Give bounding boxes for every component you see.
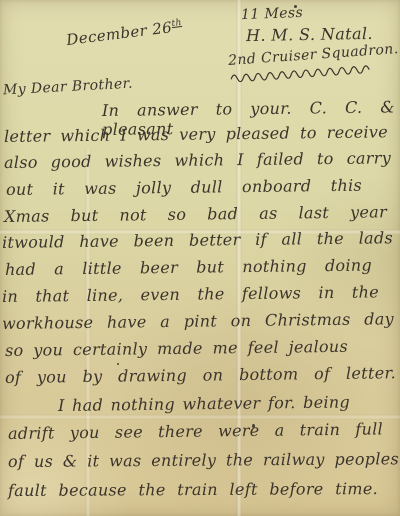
ship-name-line: H. M. S. Natal. — [246, 24, 373, 45]
mess-line: 11 Mess — [241, 5, 304, 23]
date-text: December 26 — [65, 18, 173, 49]
paper-speck — [117, 363, 119, 365]
letter-line: also good wishes which I failed to carry — [4, 148, 391, 172]
letter-line: of us & it was entirely the railway peop… — [8, 449, 399, 471]
letter-line: Xmas but not so bad as last year — [4, 202, 387, 226]
date-ordinal-suffix: th — [171, 18, 182, 29]
letter-line: out it was jolly dull onboard this — [6, 176, 362, 199]
letter-line: had a little beer but nothing doing — [5, 256, 372, 279]
salutation: My Dear Brother. — [3, 76, 134, 99]
letter-line: workhouse have a pint on Christmas day — [2, 309, 394, 333]
letter-page: December 26th 11 Mess H. M. S. Natal. 2n… — [0, 0, 400, 516]
letter-line: letter which I was very pleased to recei… — [4, 122, 388, 146]
letter-line: of you by drawing on bottom of letter. — [5, 363, 396, 387]
letter-line: in that line, even the fellows in the — [2, 282, 379, 306]
letter-line: I had nothing whatever for. being — [58, 392, 350, 415]
letter-date: December 26th — [65, 17, 183, 49]
letter-line: so you certainly made me feel jealous — [5, 337, 348, 360]
letter-line: adrift you see there were a train full — [8, 419, 383, 443]
letter-line: itwould have been better if all the lads — [2, 228, 393, 252]
letter-line: fault because the train left before time… — [8, 479, 378, 500]
